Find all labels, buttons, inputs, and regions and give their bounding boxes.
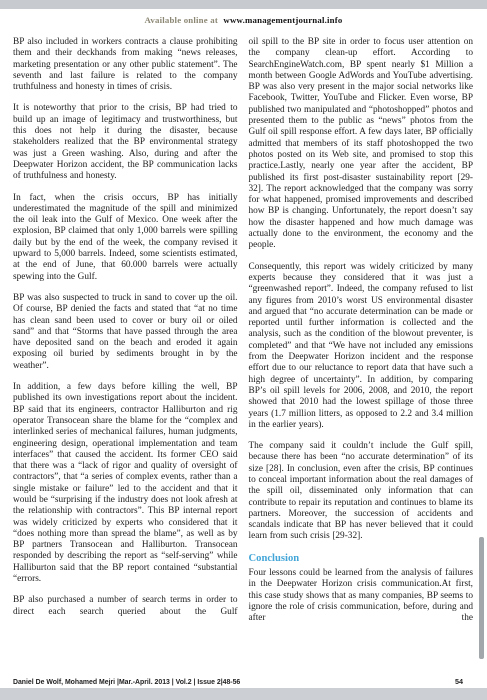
- article-body: BP also included in workers contracts a …: [13, 37, 473, 635]
- page-number: 54: [455, 677, 463, 686]
- journal-url-link[interactable]: www.managementjournal.info: [223, 15, 342, 25]
- paragraph: The company said it couldn’t include the…: [249, 441, 474, 543]
- window-bottom-bar: [0, 688, 487, 700]
- availability-prefix: Available online at: [144, 15, 218, 25]
- paragraph: In addition, a few days before killing t…: [13, 382, 238, 585]
- page-footer: Daniel De Wolf, Mohamed Mejri |Mar.-Apri…: [13, 677, 473, 686]
- footer-citation: Daniel De Wolf, Mohamed Mejri |Mar.-Apri…: [13, 679, 240, 686]
- conclusion-heading: Conclusion: [249, 553, 474, 564]
- paragraph: Four lessons could be learned from the a…: [249, 568, 474, 624]
- paragraph: In fact, when the crisis occurs, BP has …: [13, 193, 238, 283]
- paragraph: oil spill to the BP site in order to foc…: [249, 37, 474, 252]
- paragraph: Consequently, this report was widely cri…: [249, 262, 474, 431]
- availability-note: Available online at www.managementjourna…: [0, 15, 487, 25]
- left-column: BP also included in workers contracts a …: [13, 37, 238, 635]
- right-column: oil spill to the BP site in order to foc…: [249, 37, 474, 635]
- journal-page: Available online at www.managementjourna…: [0, 0, 487, 700]
- paragraph: BP also purchased a number of search ter…: [13, 595, 238, 618]
- paragraph: It is noteworthy that prior to the crisi…: [13, 103, 238, 182]
- scrollbar-thumb[interactable]: [479, 537, 484, 659]
- window-top-bar: [0, 0, 487, 9]
- paragraph: BP also included in workers contracts a …: [13, 37, 238, 93]
- paragraph: BP was also suspected to truck in sand t…: [13, 293, 238, 372]
